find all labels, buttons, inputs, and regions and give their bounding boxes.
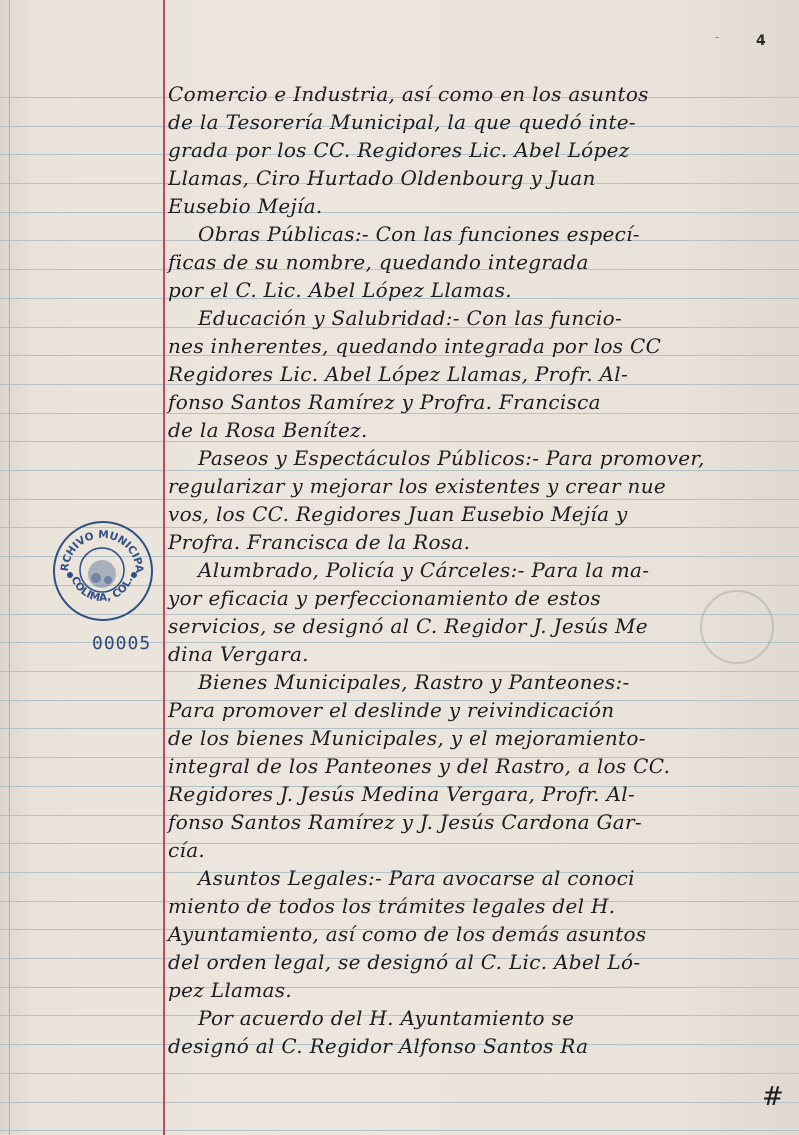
handwritten-line: Eusebio Mejía. xyxy=(168,194,323,218)
handwritten-line: Para promover el deslinde y reivindicaci… xyxy=(168,698,614,722)
handwritten-line: Paseos y Espectáculos Públicos:- Para pr… xyxy=(198,446,705,470)
archive-stamp: ARCHIVO MUNICIPAL COLIMA, COL. xyxy=(53,521,153,621)
handwritten-line: por el C. Lic. Abel López Llamas. xyxy=(168,278,512,302)
handwritten-line: nes inherentes, quedando integrada por l… xyxy=(168,334,661,358)
page-number-prefix: - xyxy=(715,30,719,44)
handwritten-line: cía. xyxy=(168,838,205,862)
handwritten-line: de los bienes Municipales, y el mejorami… xyxy=(168,726,646,750)
ruled-line xyxy=(0,1130,799,1131)
handwritten-line: Por acuerdo del H. Ayuntamiento se xyxy=(198,1006,574,1030)
archive-stamp-icon: ARCHIVO MUNICIPAL COLIMA, COL. xyxy=(52,520,152,620)
ruled-line xyxy=(0,843,799,844)
handwritten-line: Profra. Francisca de la Rosa. xyxy=(168,530,470,554)
handwritten-line: Comercio e Industria, así como en los as… xyxy=(168,82,649,106)
ruled-line xyxy=(0,1073,799,1074)
handwritten-line: pez Llamas. xyxy=(168,978,292,1002)
handwritten-line: Regidores J. Jesús Medina Vergara, Profr… xyxy=(168,782,635,806)
handwritten-line: Bienes Municipales, Rastro y Panteones:- xyxy=(198,670,630,694)
page-number: 4 xyxy=(756,33,766,49)
ruled-line xyxy=(0,470,799,471)
handwritten-line: regularizar y mejorar los existentes y c… xyxy=(168,474,666,498)
ruled-line xyxy=(0,987,799,988)
handwritten-line: ficas de su nombre, quedando integrada xyxy=(168,250,589,274)
handwritten-line: designó al C. Regidor Alfonso Santos Ra xyxy=(168,1034,588,1058)
handwritten-line: Educación y Salubridad:- Con las funcio- xyxy=(198,306,622,330)
handwritten-line: Obras Públicas:- Con las funciones espec… xyxy=(198,222,640,246)
ruled-line xyxy=(0,1102,799,1103)
page-left-edge-line xyxy=(9,0,10,1135)
ruled-line xyxy=(0,441,799,442)
handwritten-line: de la Tesorería Municipal, la que quedó … xyxy=(168,110,636,134)
handwritten-line: yor eficacia y perfeccionamiento de esto… xyxy=(168,586,601,610)
handwritten-line: fonso Santos Ramírez y J. Jesús Cardona … xyxy=(168,810,642,834)
ledger-page: - 4 ARCHIVO MUNICIPAL COLIMA, COL. 00005… xyxy=(0,0,799,1135)
handwritten-line: Llamas, Ciro Hurtado Oldenbourg y Juan xyxy=(168,166,596,190)
handwritten-line: Alumbrado, Policía y Cárceles:- Para la … xyxy=(198,558,649,582)
handwritten-line: miento de todos los trámites legales del… xyxy=(168,894,615,918)
handwritten-line: fonso Santos Ramírez y Profra. Francisca xyxy=(168,390,601,414)
red-margin-line xyxy=(163,0,165,1135)
handwritten-line: Ayuntamiento, así como de los demás asun… xyxy=(168,922,646,946)
handwritten-line: Asuntos Legales:- Para avocarse al conoc… xyxy=(198,866,635,890)
handwritten-line: vos, los CC. Regidores Juan Eusebio Mejí… xyxy=(168,502,628,526)
ruled-line xyxy=(0,212,799,213)
handwritten-line: de la Rosa Benítez. xyxy=(168,418,368,442)
handwritten-line: integral de los Panteones y del Rastro, … xyxy=(168,754,670,778)
handwritten-line: servicios, se designó al C. Regidor J. J… xyxy=(168,614,648,638)
archive-folio-number: 00005 xyxy=(92,633,151,654)
handwritten-line: dina Vergara. xyxy=(168,642,309,666)
handwritten-line: Regidores Lic. Abel López Llamas, Profr.… xyxy=(168,362,628,386)
bleed-through-stamp xyxy=(700,590,774,664)
end-of-page-mark: # xyxy=(762,1082,784,1112)
handwritten-line: del orden legal, se designó al C. Lic. A… xyxy=(168,950,640,974)
handwritten-line: grada por los CC. Regidores Lic. Abel Ló… xyxy=(168,138,630,162)
ruled-line xyxy=(0,499,799,500)
